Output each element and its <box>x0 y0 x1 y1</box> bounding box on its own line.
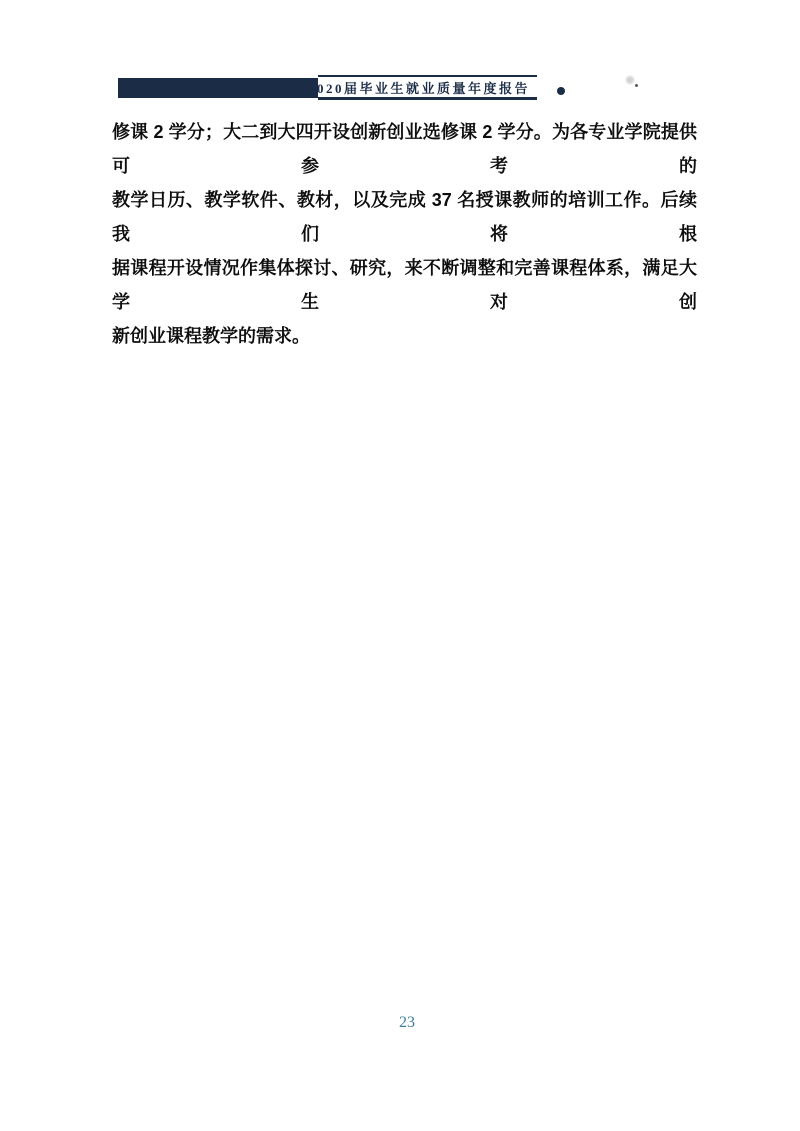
header-smudge-mark-icon <box>626 76 634 84</box>
report-header-title: 2020届毕业生就业质量年度报告 <box>308 78 530 97</box>
paragraph-line-1: 修课 2 学分；大二到大四开设创新创业选修课 2 学分。为各专业学院提供可参考的 <box>112 115 697 183</box>
page-number: 23 <box>0 1014 800 1032</box>
header-title-box: 2020届毕业生就业质量年度报告 <box>318 75 537 100</box>
header-bullet-dot-icon <box>557 87 565 95</box>
report-page: 2020届毕业生就业质量年度报告 修课 2 学分；大二到大四开设创新创业选修课 … <box>0 0 800 1131</box>
paragraph-line-4: 新创业课程教学的需求。 <box>112 319 697 353</box>
paragraph-line-2: 教学日历、教学软件、教材，以及完成 37 名授课教师的培训工作。后续我们将根 <box>112 183 697 251</box>
paragraph-line-3: 据课程开设情况作集体探讨、研究，来不断调整和完善课程体系，满足大学生对创 <box>112 251 697 319</box>
body-paragraph: 修课 2 学分；大二到大四开设创新创业选修课 2 学分。为各专业学院提供可参考的… <box>112 115 697 353</box>
header-smudge-speck-icon <box>635 84 638 87</box>
header-accent-bar <box>118 78 318 98</box>
